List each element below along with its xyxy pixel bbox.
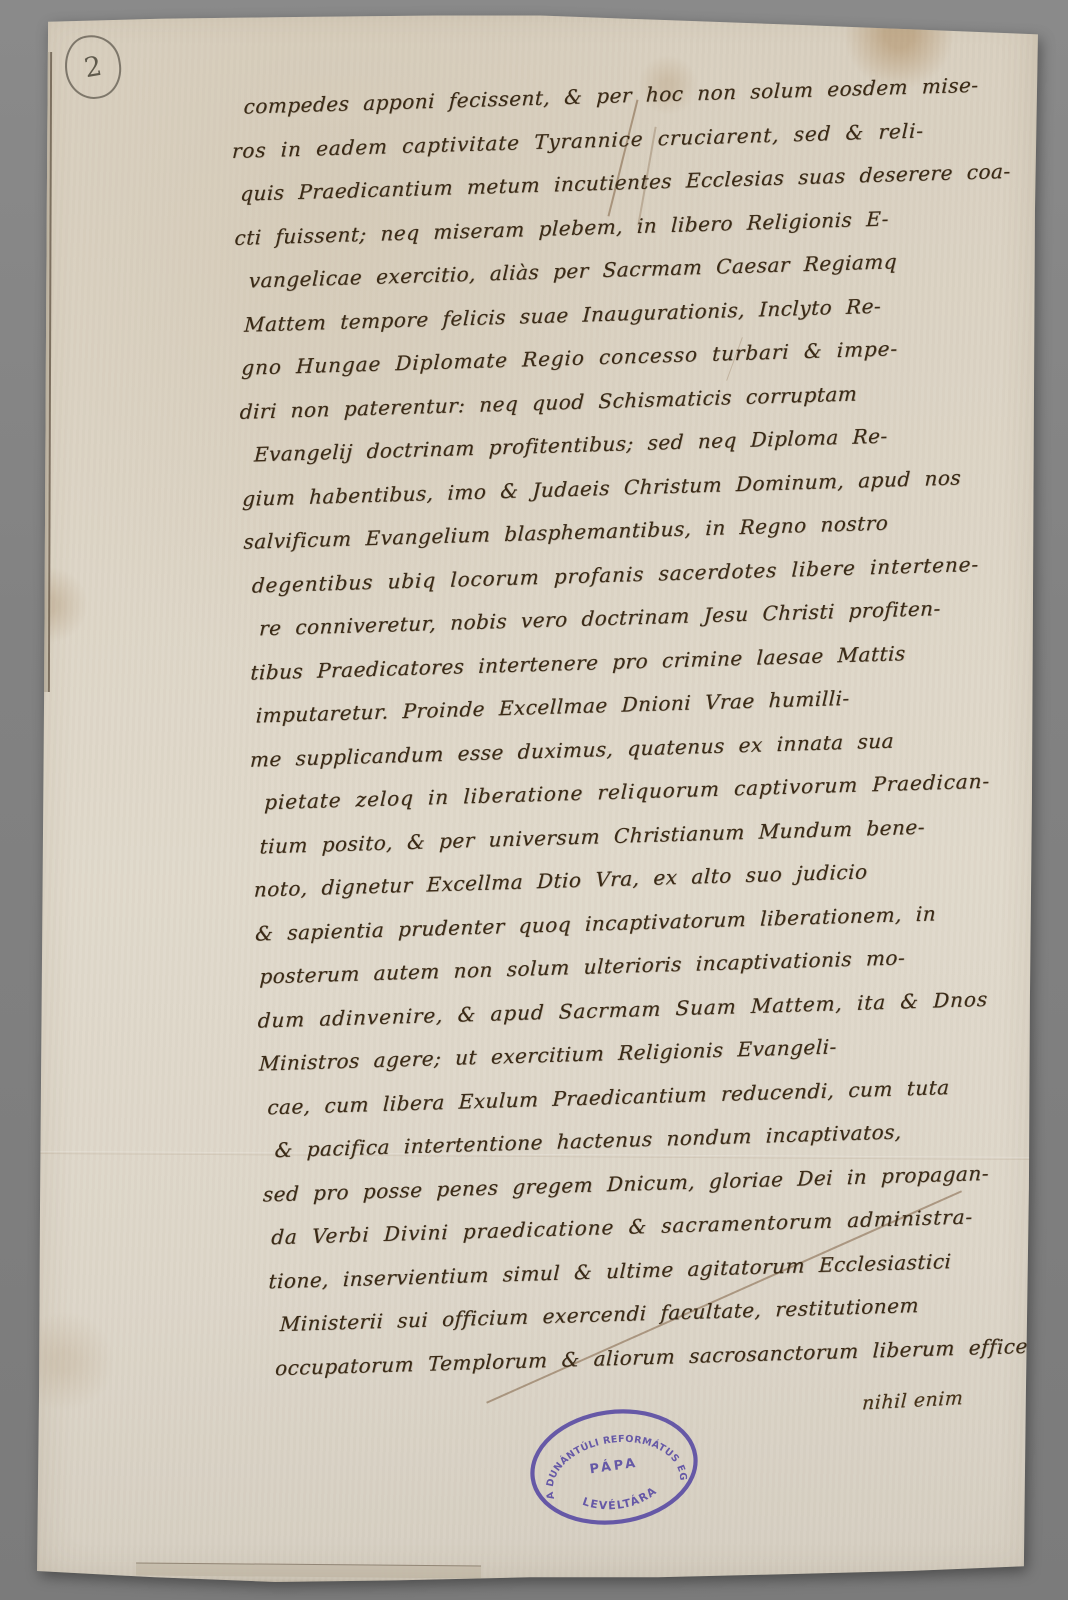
page-number-badge: 2 xyxy=(60,31,126,104)
manuscript-text-block: compedes apponi fecissent, & per hoc non… xyxy=(230,62,1068,1390)
svg-text:A DUNÁNTÚLI REFORMÁTUS EGYHÁZK: A DUNÁNTÚLI REFORMÁTUS EGYHÁZKERÜLET xyxy=(518,1392,689,1503)
photograph-background: { "photo": { "background_color": "#82828… xyxy=(0,0,1068,1600)
catchword: nihil enim xyxy=(862,1384,1033,1415)
svg-text:LEVÉLTÁRA: LEVÉLTÁRA xyxy=(579,1483,661,1517)
stamp-ring-text: A DUNÁNTÚLI REFORMÁTUS EGYHÁZKERÜLET xyxy=(518,1392,689,1503)
stamp-center-text: PÁPA xyxy=(589,1455,640,1478)
paper-sheet: 2 compedes apponi fecissent, & per hoc n… xyxy=(34,6,1040,1582)
under-sheet-bottom-edge xyxy=(136,1562,481,1578)
stamp-bottom-text: LEVÉLTÁRA xyxy=(579,1483,661,1517)
archive-stamp: A DUNÁNTÚLI REFORMÁTUS EGYHÁZKERÜLET PÁP… xyxy=(518,1392,710,1541)
manuscript-page: 2 compedes apponi fecissent, & per hoc n… xyxy=(34,6,1040,1582)
page-number: 2 xyxy=(82,50,104,84)
under-sheet-edge xyxy=(38,52,52,692)
